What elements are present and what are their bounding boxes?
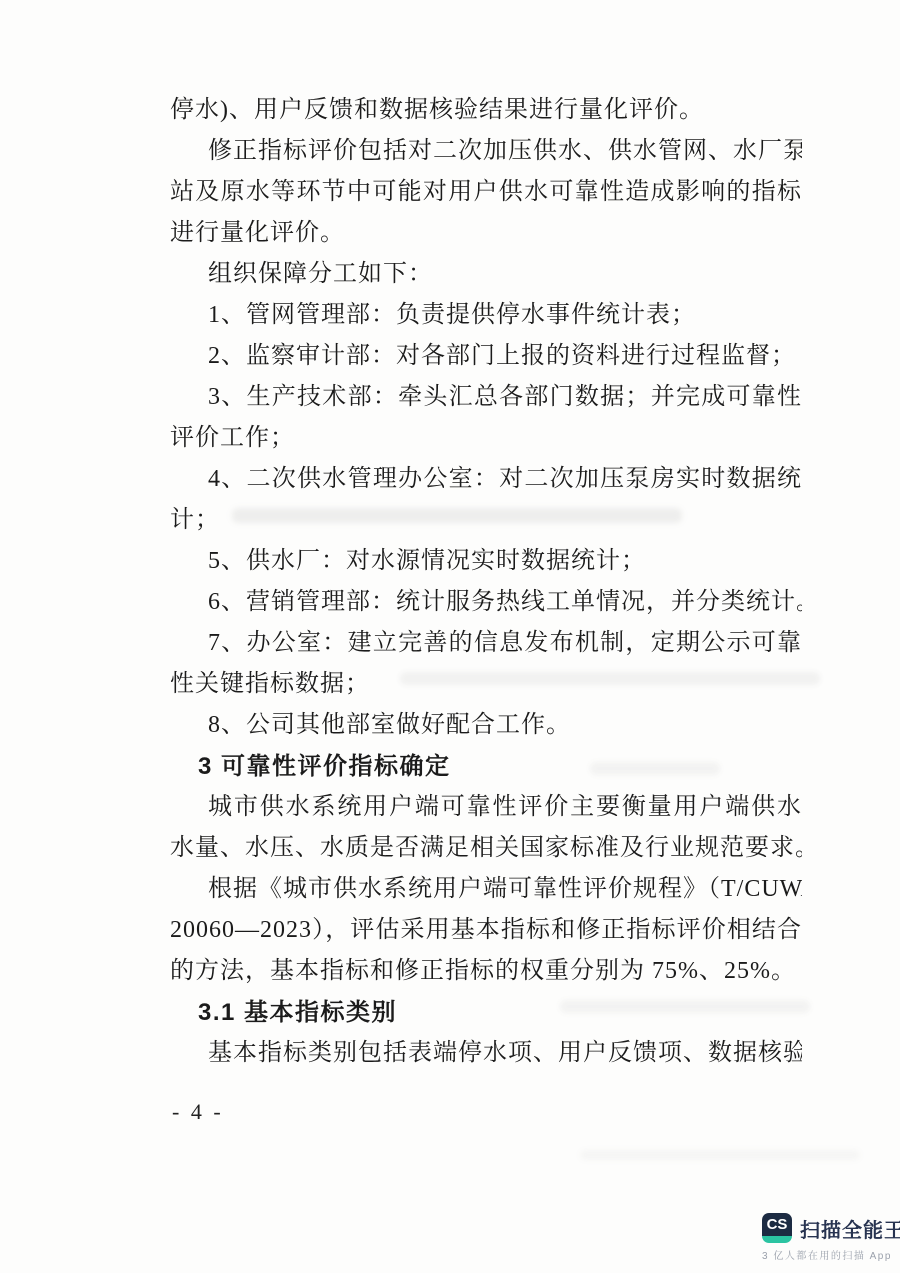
paragraph: 2、监察审计部：对各部门上报的资料进行过程监督； [170,336,802,377]
paragraph: 1、管网管理部：负责提供停水事件统计表； [170,295,802,336]
text-line: 基本指标类别包括表端停水项、用户反馈项、数据核验 [170,1033,802,1074]
text-line: 6、营销管理部：统计服务热线工单情况，并分类统计。 [170,582,802,623]
text-line: 3 可靠性评价指标确定 [170,746,802,787]
text-line: 的方法，基本指标和修正指标的权重分别为 75%、25%。 [170,951,802,992]
camscanner-app-name: 扫描全能王™ [800,1214,900,1243]
text-line: 城市供水系统用户端可靠性评价主要衡量用户端供水 [170,787,802,828]
page-number: - 4 - [172,1099,224,1125]
text-line: 进行量化评价。 [170,213,802,254]
scan-bleed-artifact [580,1150,860,1160]
paragraph: 组织保障分工如下： [170,254,802,295]
paragraph: 5、供水厂：对水源情况实时数据统计； [170,541,802,582]
camscanner-tagline: 3 亿人都在用的扫描 App [762,1247,878,1262]
scanned-document-page: 停水)、用户反馈和数据核验结果进行量化评价。修正指标评价包括对二次加压供水、供水… [0,0,900,1273]
text-line: 站及原水等环节中可能对用户供水可靠性造成影响的指标 [170,172,802,213]
text-line: 1、管网管理部：负责提供停水事件统计表； [170,295,802,336]
text-line: 组织保障分工如下： [170,254,802,295]
text-line: 水量、水压、水质是否满足相关国家标准及行业规范要求。 [170,828,802,869]
text-line: 5、供水厂：对水源情况实时数据统计； [170,541,802,582]
camscanner-watermark: CS 扫描全能王™ 3 亿人都在用的扫描 App [762,1213,878,1262]
paragraph: 城市供水系统用户端可靠性评价主要衡量用户端供水水量、水压、水质是否满足相关国家标… [170,787,802,869]
paragraph: 3、生产技术部：牵头汇总各部门数据；并完成可靠性评价工作； [170,377,802,459]
text-line: 停水)、用户反馈和数据核验结果进行量化评价。 [170,90,802,131]
text-line: 8、公司其他部室做好配合工作。 [170,705,802,746]
paragraph: 7、办公室：建立完善的信息发布机制，定期公示可靠性关键指标数据； [170,623,802,705]
section-heading: 3.1 基本指标类别 [170,992,802,1033]
text-line: 3.1 基本指标类别 [170,992,802,1033]
text-line: 4、二次供水管理办公室：对二次加压泵房实时数据统 [170,459,802,500]
paragraph: 8、公司其他部室做好配合工作。 [170,705,802,746]
text-line: 性关键指标数据； [170,664,802,705]
section-heading: 3 可靠性评价指标确定 [170,746,802,787]
text-line: 20060—2023），评估采用基本指标和修正指标评价相结合 [170,910,802,951]
paragraph: 停水)、用户反馈和数据核验结果进行量化评价。 [170,90,802,131]
camscanner-logo-row: CS 扫描全能王™ [762,1213,878,1243]
paragraph: 4、二次供水管理办公室：对二次加压泵房实时数据统计； [170,459,802,541]
paragraph: 基本指标类别包括表端停水项、用户反馈项、数据核验 [170,1033,802,1074]
text-line: 根据《城市供水系统用户端可靠性评价规程》（T/CUWA [170,869,802,910]
text-line: 2、监察审计部：对各部门上报的资料进行过程监督； [170,336,802,377]
text-line: 评价工作； [170,418,802,459]
paragraph: 修正指标评价包括对二次加压供水、供水管网、水厂泵站及原水等环节中可能对用户供水可… [170,131,802,254]
text-line: 7、办公室：建立完善的信息发布机制，定期公示可靠 [170,623,802,664]
camscanner-app-name-text: 扫描全能王 [800,1220,900,1242]
text-line: 计； [170,500,802,541]
paragraph: 6、营销管理部：统计服务热线工单情况，并分类统计。 [170,582,802,623]
text-line: 3、生产技术部：牵头汇总各部门数据；并完成可靠性 [170,377,802,418]
document-body: 停水)、用户反馈和数据核验结果进行量化评价。修正指标评价包括对二次加压供水、供水… [170,90,802,1074]
text-line: 修正指标评价包括对二次加压供水、供水管网、水厂泵 [170,131,802,172]
camscanner-app-icon: CS [762,1213,792,1243]
paragraph: 根据《城市供水系统用户端可靠性评价规程》（T/CUWA20060—2023），评… [170,869,802,992]
